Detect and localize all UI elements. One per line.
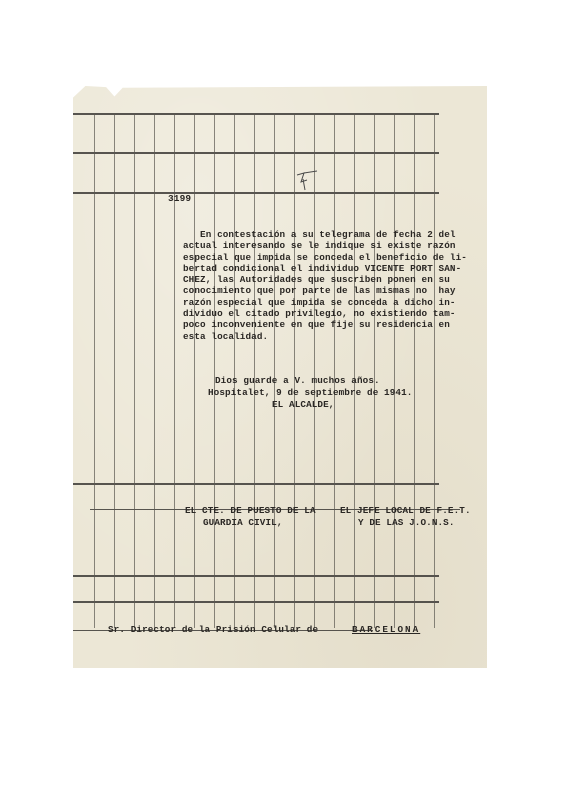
grid-vertical-rule [174, 113, 175, 628]
signature-left-line2: GUARDIA CIVIL, [203, 517, 283, 528]
letter-body-line: especial que impida se conceda el benefi… [183, 252, 467, 263]
addressee-city: BARCELONA [352, 624, 420, 635]
closing-signer: EL ALCALDE, [272, 399, 334, 410]
grid-vertical-rule [374, 113, 375, 628]
grid-vertical-rule [434, 113, 435, 628]
letter-body-line: esta localidad. [183, 331, 467, 342]
signature-right-line1: EL JEFE LOCAL DE F.E.T. [340, 505, 471, 516]
letter-body-line: En contestación a su telegrama de fecha … [183, 229, 467, 240]
grid-horizontal-rule [73, 483, 439, 485]
grid-vertical-rule [274, 113, 275, 628]
letter-body: En contestación a su telegrama de fecha … [183, 229, 467, 342]
grid-vertical-rule [154, 113, 155, 628]
grid-vertical-rule [234, 113, 235, 628]
grid-vertical-rule [414, 113, 415, 628]
grid-horizontal-rule [73, 113, 439, 115]
grid-horizontal-rule [73, 575, 439, 577]
letter-body-line: dividuo el citado privilegio, no existie… [183, 308, 467, 319]
grid-horizontal-rule [73, 601, 439, 603]
grid-vertical-rule [214, 113, 215, 628]
grid-vertical-rule [134, 113, 135, 628]
signature-left-line1: EL CTE. DE PUESTO DE LA [185, 505, 316, 516]
letter-body-line: bertad condicional el individuo VICENTE … [183, 263, 467, 274]
grid-vertical-rule [394, 113, 395, 628]
grid-vertical-rule [94, 113, 95, 628]
closing-place-date: Hospitalet, 9 de septiembre de 1941. [208, 387, 412, 398]
signature-right-line2: Y DE LAS J.O.N.S. [358, 517, 455, 528]
letter-body-line: CHEZ, las Autoridades que suscriben pone… [183, 274, 467, 285]
letter-body-line: poco inconveniente en que fije su reside… [183, 319, 467, 330]
grid-vertical-rule [114, 113, 115, 628]
pencil-check-mark-icon [295, 170, 319, 196]
grid-vertical-rule [194, 113, 195, 628]
closing-greeting: Dios guarde a V. muchos años. [215, 375, 380, 386]
letter-body-line: actual interesando se le indique si exis… [183, 240, 467, 251]
grid-vertical-rule [254, 113, 255, 628]
letter-body-line: razón especial que impida se conceda a d… [183, 297, 467, 308]
grid-vertical-rule [334, 113, 335, 628]
letter-body-line: conocimiento que por parte de las mismas… [183, 285, 467, 296]
addressee-title: Sr. Director de la Prisión Celular de [108, 624, 318, 635]
grid-horizontal-rule [73, 192, 439, 194]
grid-horizontal-rule [73, 152, 439, 154]
grid-vertical-rule [354, 113, 355, 628]
document-number: 3199 [168, 193, 191, 204]
